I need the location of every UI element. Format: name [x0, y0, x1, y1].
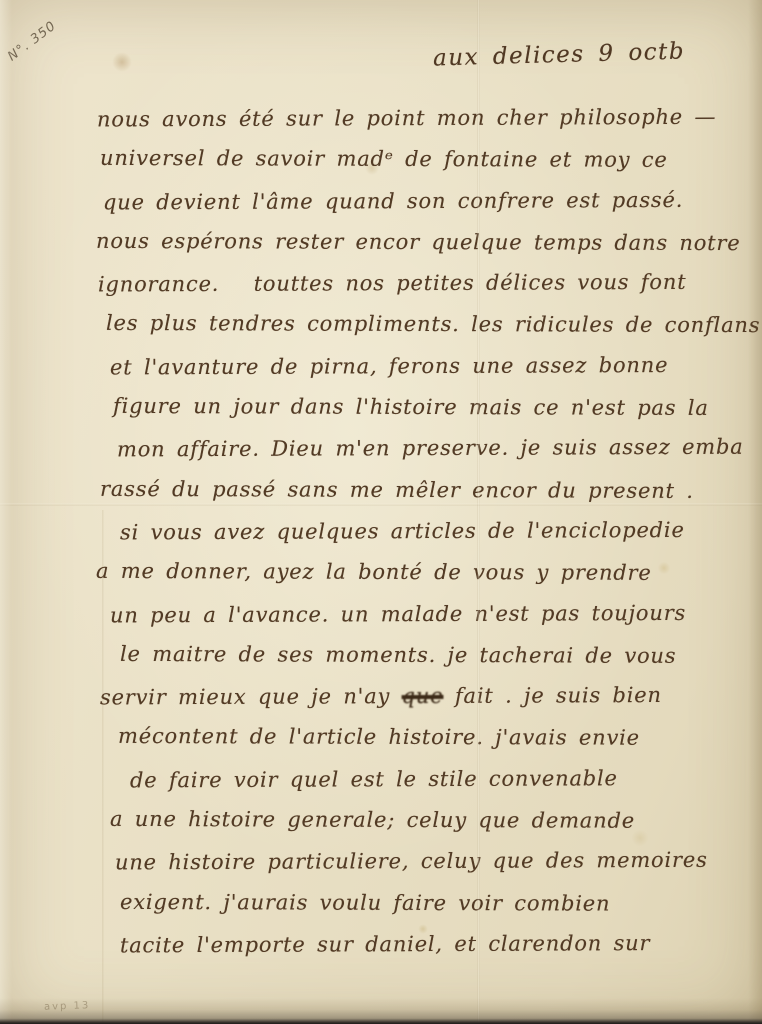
letter-page: N°. 350 aux delices 9 octb nous avons ét…	[0, 0, 762, 1024]
dateline: aux delices 9 octb	[433, 38, 686, 71]
handwriting-line: ignorance. touttes nos petites délices v…	[98, 270, 755, 314]
handwriting-line: rassé du passé sans me mêler encor du pr…	[100, 477, 755, 521]
handwriting-line: un peu a l'avance. un malade n'est pas t…	[110, 600, 755, 644]
handwriting-line: une histoire particuliere, celuy que des…	[115, 848, 755, 892]
handwriting-line: figure un jour dans l'histoire mais ce n…	[113, 394, 755, 438]
handwriting-line: universel de savoir madᵉ de fontaine et …	[100, 146, 755, 190]
scan-edge-right	[748, 0, 762, 1024]
scan-edge-shadow	[0, 998, 762, 1024]
handwriting-line: exigent. j'aurais voulu faire voir combi…	[120, 890, 755, 934]
handwriting-line: et l'avanture de pirna, ferons une assez…	[110, 352, 755, 396]
handwriting-line: nous espérons rester encor quelque temps…	[96, 229, 755, 273]
handwriting-line: le maitre de ses moments. je tacherai de…	[120, 642, 755, 686]
handwriting-line: mécontent de l'article histoire. j'avais…	[118, 724, 755, 768]
left-fold-crease	[102, 510, 104, 1024]
letter-body: nous avons été sur le point mon cher phi…	[95, 106, 755, 973]
handwriting-line: tacite l'emporte sur daniel, et clarendo…	[120, 931, 755, 975]
struck-word: que	[402, 684, 444, 708]
horizontal-fold-crease	[0, 503, 762, 506]
scan-edge-left	[0, 0, 12, 1024]
vertical-fold-crease	[477, 0, 480, 1024]
handwriting-line: a me donner, ayez la bonté de vous y pre…	[96, 559, 755, 603]
line-segment: servir mieux que je n'ay	[100, 684, 402, 709]
handwriting-line: nous avons été sur le point mon cher phi…	[97, 105, 755, 149]
archival-number: N°. 350	[5, 19, 59, 65]
handwriting-line: de faire voir quel est le stile convenab…	[130, 765, 755, 809]
handwriting-line: a une histoire generale; celuy que deman…	[110, 807, 755, 851]
handwriting-line: les plus tendres compliments. les ridicu…	[106, 311, 755, 355]
handwriting-line: que devient l'âme quand son confrere est…	[103, 187, 755, 231]
handwriting-line-with-strike: servir mieux que je n'ay que fait . je s…	[100, 683, 755, 727]
handwriting-line: mon affaire. Dieu m'en preserve. je suis…	[117, 435, 755, 479]
handwriting-line: si vous avez quelques articles de l'enci…	[120, 518, 755, 562]
